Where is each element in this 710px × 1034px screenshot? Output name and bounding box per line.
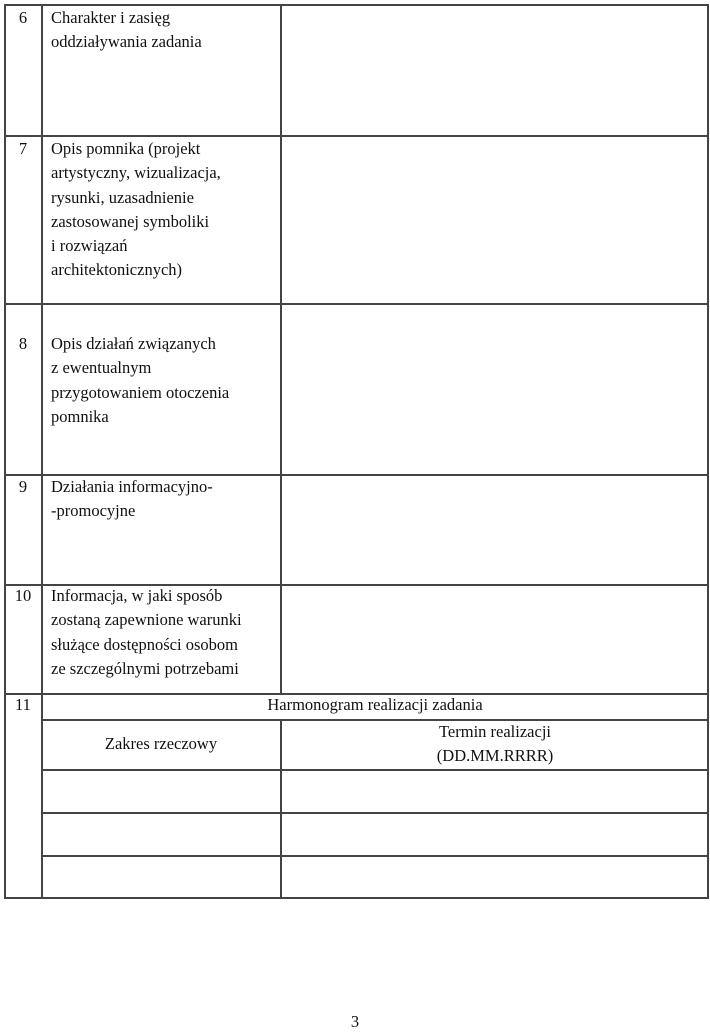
table-border-bottom bbox=[4, 897, 709, 899]
document-page: 6 Charakter i zasięg oddziaływania zadan… bbox=[0, 0, 710, 1034]
row-value-field[interactable] bbox=[282, 6, 706, 134]
schedule-title: Harmonogram realizacji zadania bbox=[42, 693, 708, 717]
schedule-scope-field[interactable] bbox=[44, 771, 279, 811]
column-header-deadline: Termin realizacji (DD.MM.RRRR) bbox=[282, 720, 708, 769]
row-label: Opis pomnika (projekt artystyczny, wizua… bbox=[51, 137, 276, 283]
row-value-field[interactable] bbox=[282, 586, 706, 692]
schedule-deadline-field[interactable] bbox=[282, 857, 706, 896]
schedule-scope-field[interactable] bbox=[44, 857, 279, 896]
schedule-scope-field[interactable] bbox=[44, 814, 279, 854]
row-number: 9 bbox=[4, 475, 42, 499]
row-value-field[interactable] bbox=[282, 305, 706, 473]
row-number: 6 bbox=[4, 6, 42, 30]
row-number: 11 bbox=[4, 693, 42, 717]
row-number: 10 bbox=[4, 584, 42, 608]
row-number: 8 bbox=[4, 332, 42, 356]
row-value-field[interactable] bbox=[282, 137, 706, 302]
schedule-deadline-field[interactable] bbox=[282, 771, 706, 811]
schedule-deadline-field[interactable] bbox=[282, 814, 706, 854]
page-number: 3 bbox=[0, 1012, 710, 1032]
row-value-field[interactable] bbox=[282, 476, 706, 583]
row-number: 7 bbox=[4, 137, 42, 161]
row-label: Informacja, w jaki sposób zostaną zapewn… bbox=[51, 584, 279, 681]
row-label: Charakter i zasięg oddziaływania zadania bbox=[51, 6, 276, 55]
column-header-scope: Zakres rzeczowy bbox=[42, 732, 280, 756]
row-label: Działania informacyjno- -promocyjne bbox=[51, 475, 276, 524]
row-label: Opis działań związanych z ewentualnym pr… bbox=[51, 332, 276, 429]
